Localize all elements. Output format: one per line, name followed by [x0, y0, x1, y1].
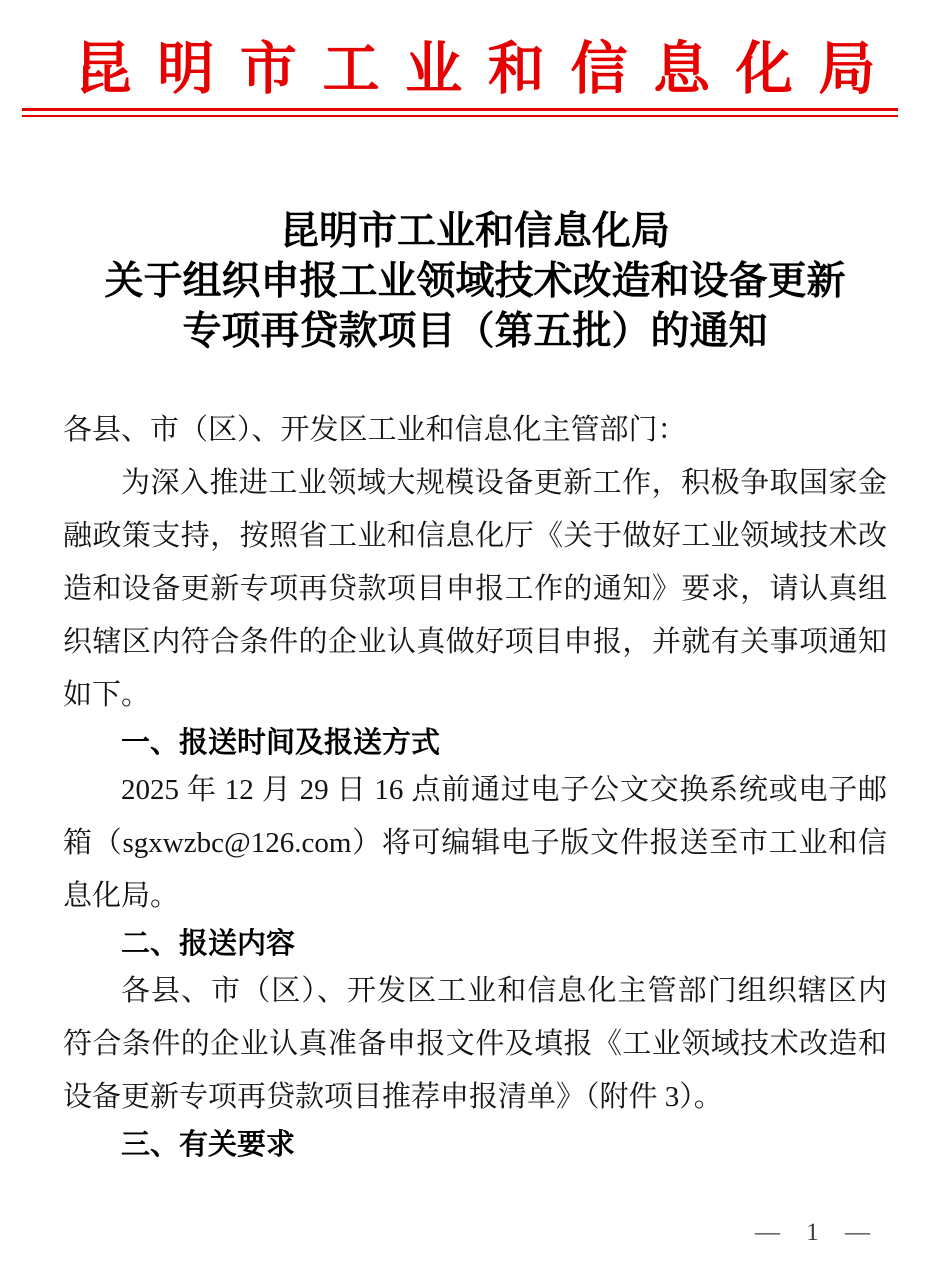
title-line-2: 关于组织申报工业领域技术改造和设备更新 — [0, 257, 950, 307]
body-line: 如下。 — [63, 669, 887, 722]
document-page: 昆明市工业和信息化局 昆明市工业和信息化局 关于组织申报工业领域技术改造和设备更… — [0, 0, 950, 1263]
salutation-line: 各县、市（区）、开发区工业和信息化主管部门： — [63, 404, 887, 457]
body-line: 织辖区内符合条件的企业认真做好项目申报，并就有关事项通知 — [63, 616, 887, 669]
letterhead-agency-name: 昆明市工业和信息化局 — [0, 40, 950, 100]
letterhead-double-rule — [22, 108, 898, 117]
section-heading-1: 一、报送时间及报送方式 — [63, 722, 887, 764]
body-line-email: 箱（sgxwzbc@126.com）将可编辑电子版文件报送至市工业和信 — [63, 817, 887, 870]
body-line: 造和设备更新专项再贷款项目申报工作的通知》要求，请认真组 — [63, 563, 887, 616]
body-line: 融政策支持，按照省工业和信息化厅《关于做好工业领域技术改 — [63, 510, 887, 563]
title-line-1: 昆明市工业和信息化局 — [0, 207, 950, 257]
section-heading-3: 三、有关要求 — [63, 1124, 887, 1166]
body-line: 符合条件的企业认真准备申报文件及填报《工业领域技术改造和 — [63, 1018, 887, 1071]
body-line: 各县、市（区）、开发区工业和信息化主管部门组织辖区内 — [63, 965, 887, 1018]
body-line: 息化局。 — [63, 870, 887, 923]
section-heading-2: 二、报送内容 — [63, 923, 887, 965]
body-line-attachment: 设备更新专项再贷款项目推荐申报清单》（附件 3）。 — [63, 1071, 887, 1124]
title-line-3: 专项再贷款项目（第五批）的通知 — [0, 307, 950, 357]
body-line: 2025 年 12 月 29 日 16 点前通过电子公文交换系统或电子邮 — [63, 764, 887, 817]
body-line: 为深入推进工业领域大规模设备更新工作，积极争取国家金 — [63, 457, 887, 510]
document-body: 各县、市（区）、开发区工业和信息化主管部门： 为深入推进工业领域大规模设备更新工… — [63, 404, 887, 1166]
letterhead: 昆明市工业和信息化局 — [0, 0, 950, 117]
page-number: — 1 — — [755, 1219, 880, 1247]
document-title: 昆明市工业和信息化局 关于组织申报工业领域技术改造和设备更新 专项再贷款项目（第… — [0, 207, 950, 357]
